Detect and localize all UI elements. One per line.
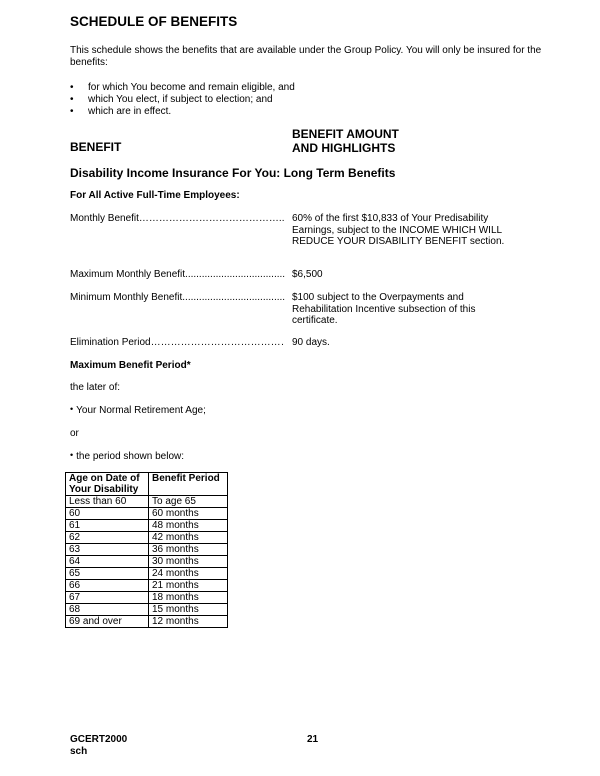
min-monthly-benefit-label: Minimum Monthly Benefit.................… (70, 292, 285, 303)
benefit-column-header: BENEFIT (70, 140, 121, 154)
period-cell: 42 months (149, 532, 228, 544)
option-retirement-age: Your Normal Retirement Age; (70, 405, 206, 416)
table-row: 6524 months (66, 568, 228, 580)
age-cell: 69 and over (66, 616, 149, 628)
eligibility-list: for which You become and remain eligible… (70, 82, 295, 118)
age-cell: 60 (66, 508, 149, 520)
period-cell: 24 months (149, 568, 228, 580)
age-cell: 68 (66, 604, 149, 616)
age-column-header: Age on Date of Your Disability (66, 473, 149, 496)
table-row: 6621 months (66, 580, 228, 592)
sub-heading: For All Active Full-Time Employees: (70, 190, 240, 201)
section-heading: Disability Income Insurance For You: Lon… (70, 166, 395, 180)
amount-header-line1: BENEFIT AMOUNT (292, 127, 399, 141)
age-cell: 61 (66, 520, 149, 532)
period-column-header: Benefit Period (149, 473, 228, 496)
period-cell: 48 months (149, 520, 228, 532)
elimination-period-label: Elimination Period…………………………………… (70, 337, 285, 348)
age-cell: 62 (66, 532, 149, 544)
form-subcode: sch (70, 746, 127, 758)
benefit-period-table: Age on Date of Your Disability Benefit P… (65, 472, 228, 628)
intro-paragraph: This schedule shows the benefits that ar… (70, 45, 550, 68)
table-row: 6430 months (66, 556, 228, 568)
age-cell: 65 (66, 568, 149, 580)
max-benefit-period-heading: Maximum Benefit Period* (70, 360, 191, 371)
period-cell: 18 months (149, 592, 228, 604)
max-monthly-benefit-label: Maximum Monthly Benefit.................… (70, 269, 285, 280)
period-cell: 21 months (149, 580, 228, 592)
age-cell: 67 (66, 592, 149, 604)
page-title: SCHEDULE OF BENEFITS (70, 14, 237, 29)
period-cell: 30 months (149, 556, 228, 568)
table-row: 6336 months (66, 544, 228, 556)
list-item: which are in effect. (70, 106, 295, 118)
age-cell: Less than 60 (66, 496, 149, 508)
elimination-period-value: 90 days. (292, 337, 512, 349)
table-row: 6060 months (66, 508, 228, 520)
table-row: 6718 months (66, 592, 228, 604)
table-header-row: Age on Date of Your Disability Benefit P… (66, 473, 228, 496)
table-row: 6242 months (66, 532, 228, 544)
age-cell: 66 (66, 580, 149, 592)
option-text: the period shown below: (76, 451, 184, 462)
table-row: Less than 60To age 65 (66, 496, 228, 508)
age-cell: 63 (66, 544, 149, 556)
list-item: which You elect, if subject to election;… (70, 94, 295, 106)
table-row: 69 and over12 months (66, 616, 228, 628)
table-row: 6815 months (66, 604, 228, 616)
amount-column-header: BENEFIT AMOUNT AND HIGHLIGHTS (292, 127, 399, 155)
page-number: 21 (307, 734, 318, 745)
period-cell: 36 months (149, 544, 228, 556)
footer-code: GCERT2000 sch (70, 734, 127, 758)
form-code: GCERT2000 (70, 734, 127, 746)
max-monthly-benefit-value: $6,500 (292, 269, 512, 281)
list-item: for which You become and remain eligible… (70, 82, 295, 94)
table-row: 6148 months (66, 520, 228, 532)
monthly-benefit-value: 60% of the first $10,833 of Your Predisa… (292, 213, 512, 248)
period-cell: To age 65 (149, 496, 228, 508)
option-text: Your Normal Retirement Age; (76, 405, 206, 416)
amount-header-line2: AND HIGHLIGHTS (292, 141, 399, 155)
option-period-below: the period shown below: (70, 451, 184, 462)
age-cell: 64 (66, 556, 149, 568)
later-of-text: the later of: (70, 382, 120, 393)
period-cell: 12 months (149, 616, 228, 628)
period-cell: 60 months (149, 508, 228, 520)
min-monthly-benefit-value: $100 subject to the Overpayments and Reh… (292, 292, 512, 327)
monthly-benefit-label: Monthly Benefit…………………………………….. (70, 213, 285, 224)
period-cell: 15 months (149, 604, 228, 616)
or-text: or (70, 428, 79, 439)
